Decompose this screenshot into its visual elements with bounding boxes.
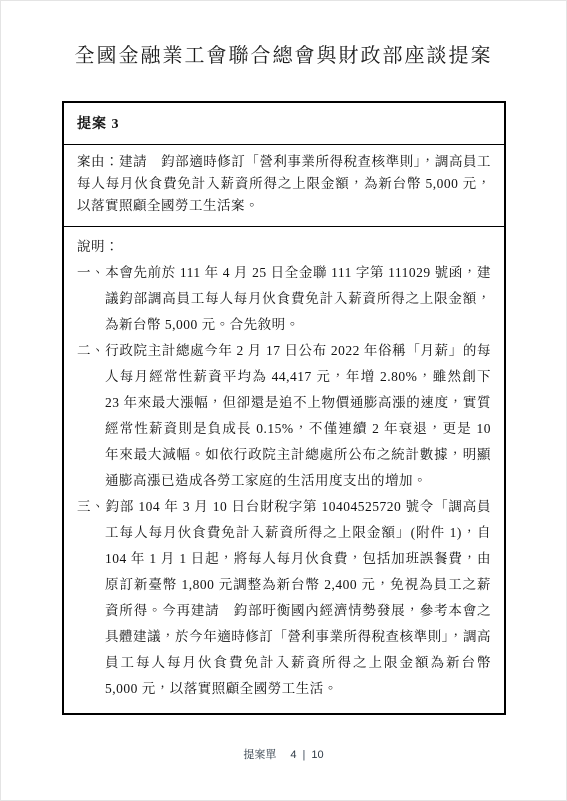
page-footer: 提案單4|10 (1, 746, 566, 762)
item-2-marker: 二、 (77, 343, 105, 358)
explanation-item-3: 三、鈞部 104 年 3 月 10 日台財稅字第 10404525720 號令「… (77, 494, 491, 702)
subject-paragraph: 案由：建請 鈞部適時修訂「營利事業所得稅查核準則」，調高員工每人每月伙食費免計入… (77, 151, 491, 217)
item-3-text: 鈞部 104 年 3 月 10 日台財稅字第 10404525720 號令「調高… (105, 499, 491, 696)
item-1-marker: 一、 (77, 265, 105, 280)
explanation-item-1: 一、本會先前於 111 年 4 月 25 日全金聯 111 字第 111029 … (77, 260, 491, 338)
item-2-text: 行政院主計總處今年 2 月 17 日公布 2022 年俗稱「月薪」的每人每月經常… (105, 343, 491, 488)
explanation-item-2: 二、行政院主計總處今年 2 月 17 日公布 2022 年俗稱「月薪」的每人每月… (77, 338, 491, 494)
item-3-marker: 三、 (77, 499, 106, 514)
subject-text: 建請 鈞部適時修訂「營利事業所得稅查核準則」，調高員工每人每月伙食費免計入薪資所… (77, 154, 491, 213)
proposal-box: 提案 3 案由：建請 鈞部適時修訂「營利事業所得稅查核準則」，調高員工每人每月伙… (62, 101, 506, 715)
item-1-text: 本會先前於 111 年 4 月 25 日全金聯 111 字第 111029 號函… (105, 265, 491, 332)
explanation-label: 說明： (77, 234, 491, 260)
footer-page-total: 10 (311, 749, 323, 761)
proposal-number-heading: 提案 3 (64, 103, 504, 145)
footer-label: 提案單 (243, 749, 276, 761)
document-title: 全國金融業工會聯合總會與財政部座談提案 (1, 39, 566, 68)
proposal-subject-section: 案由：建請 鈞部適時修訂「營利事業所得稅查核準則」，調高員工每人每月伙食費免計入… (64, 145, 504, 227)
proposal-explanation-section: 說明： 一、本會先前於 111 年 4 月 25 日全金聯 111 字第 111… (64, 227, 504, 713)
footer-page-current: 4 (290, 749, 296, 761)
footer-separator: | (303, 749, 306, 761)
subject-label: 案由： (77, 154, 119, 169)
document-page: 全國金融業工會聯合總會與財政部座談提案 提案 3 案由：建請 鈞部適時修訂「營利… (0, 0, 567, 801)
